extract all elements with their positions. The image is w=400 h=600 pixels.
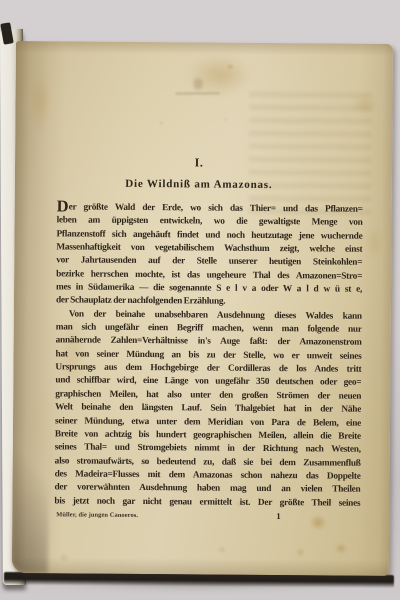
- printer-signature: Müller, die jungen Canoeros.: [56, 511, 138, 519]
- show-through-rule: [176, 92, 220, 94]
- foxing-stain: [363, 220, 385, 266]
- book-page: I. Die Wildniß am Amazonas. Der größte W…: [12, 41, 393, 576]
- show-through-mark: [194, 78, 203, 89]
- foxing-stain: [216, 545, 228, 555]
- sheet-number: 1: [276, 511, 280, 521]
- text-line: bis jetzt noch gar nicht genau ermittelt…: [54, 495, 360, 511]
- gutter-shadow: [12, 423, 49, 573]
- book-photo: I. Die Wildniß am Amazonas. Der größte W…: [0, 0, 400, 600]
- chapter-number: I.: [57, 155, 363, 170]
- foxing-stain: [57, 551, 71, 563]
- foxing-stain: [158, 120, 164, 126]
- page-footer: Müller, die jungen Canoeros. 1: [54, 509, 360, 523]
- body-text: Der größte Wald der Erde, wo sich das Th…: [54, 201, 362, 510]
- foxing-stain: [223, 117, 228, 122]
- foxing-stain: [175, 47, 265, 103]
- drop-cap: D: [57, 196, 69, 215]
- text-block: I. Die Wildniß am Amazonas. Der größte W…: [54, 155, 363, 523]
- foxing-stain: [226, 63, 235, 71]
- text-line-rest: er größte Wald der Erde, wo sich das Thi…: [69, 202, 363, 214]
- foxing-stain: [294, 546, 307, 558]
- foxing-stain: [27, 59, 54, 144]
- chapter-title: Die Wildniß am Amazonas.: [57, 177, 363, 192]
- foxing-stain: [347, 92, 381, 118]
- foxing-stain: [332, 540, 350, 556]
